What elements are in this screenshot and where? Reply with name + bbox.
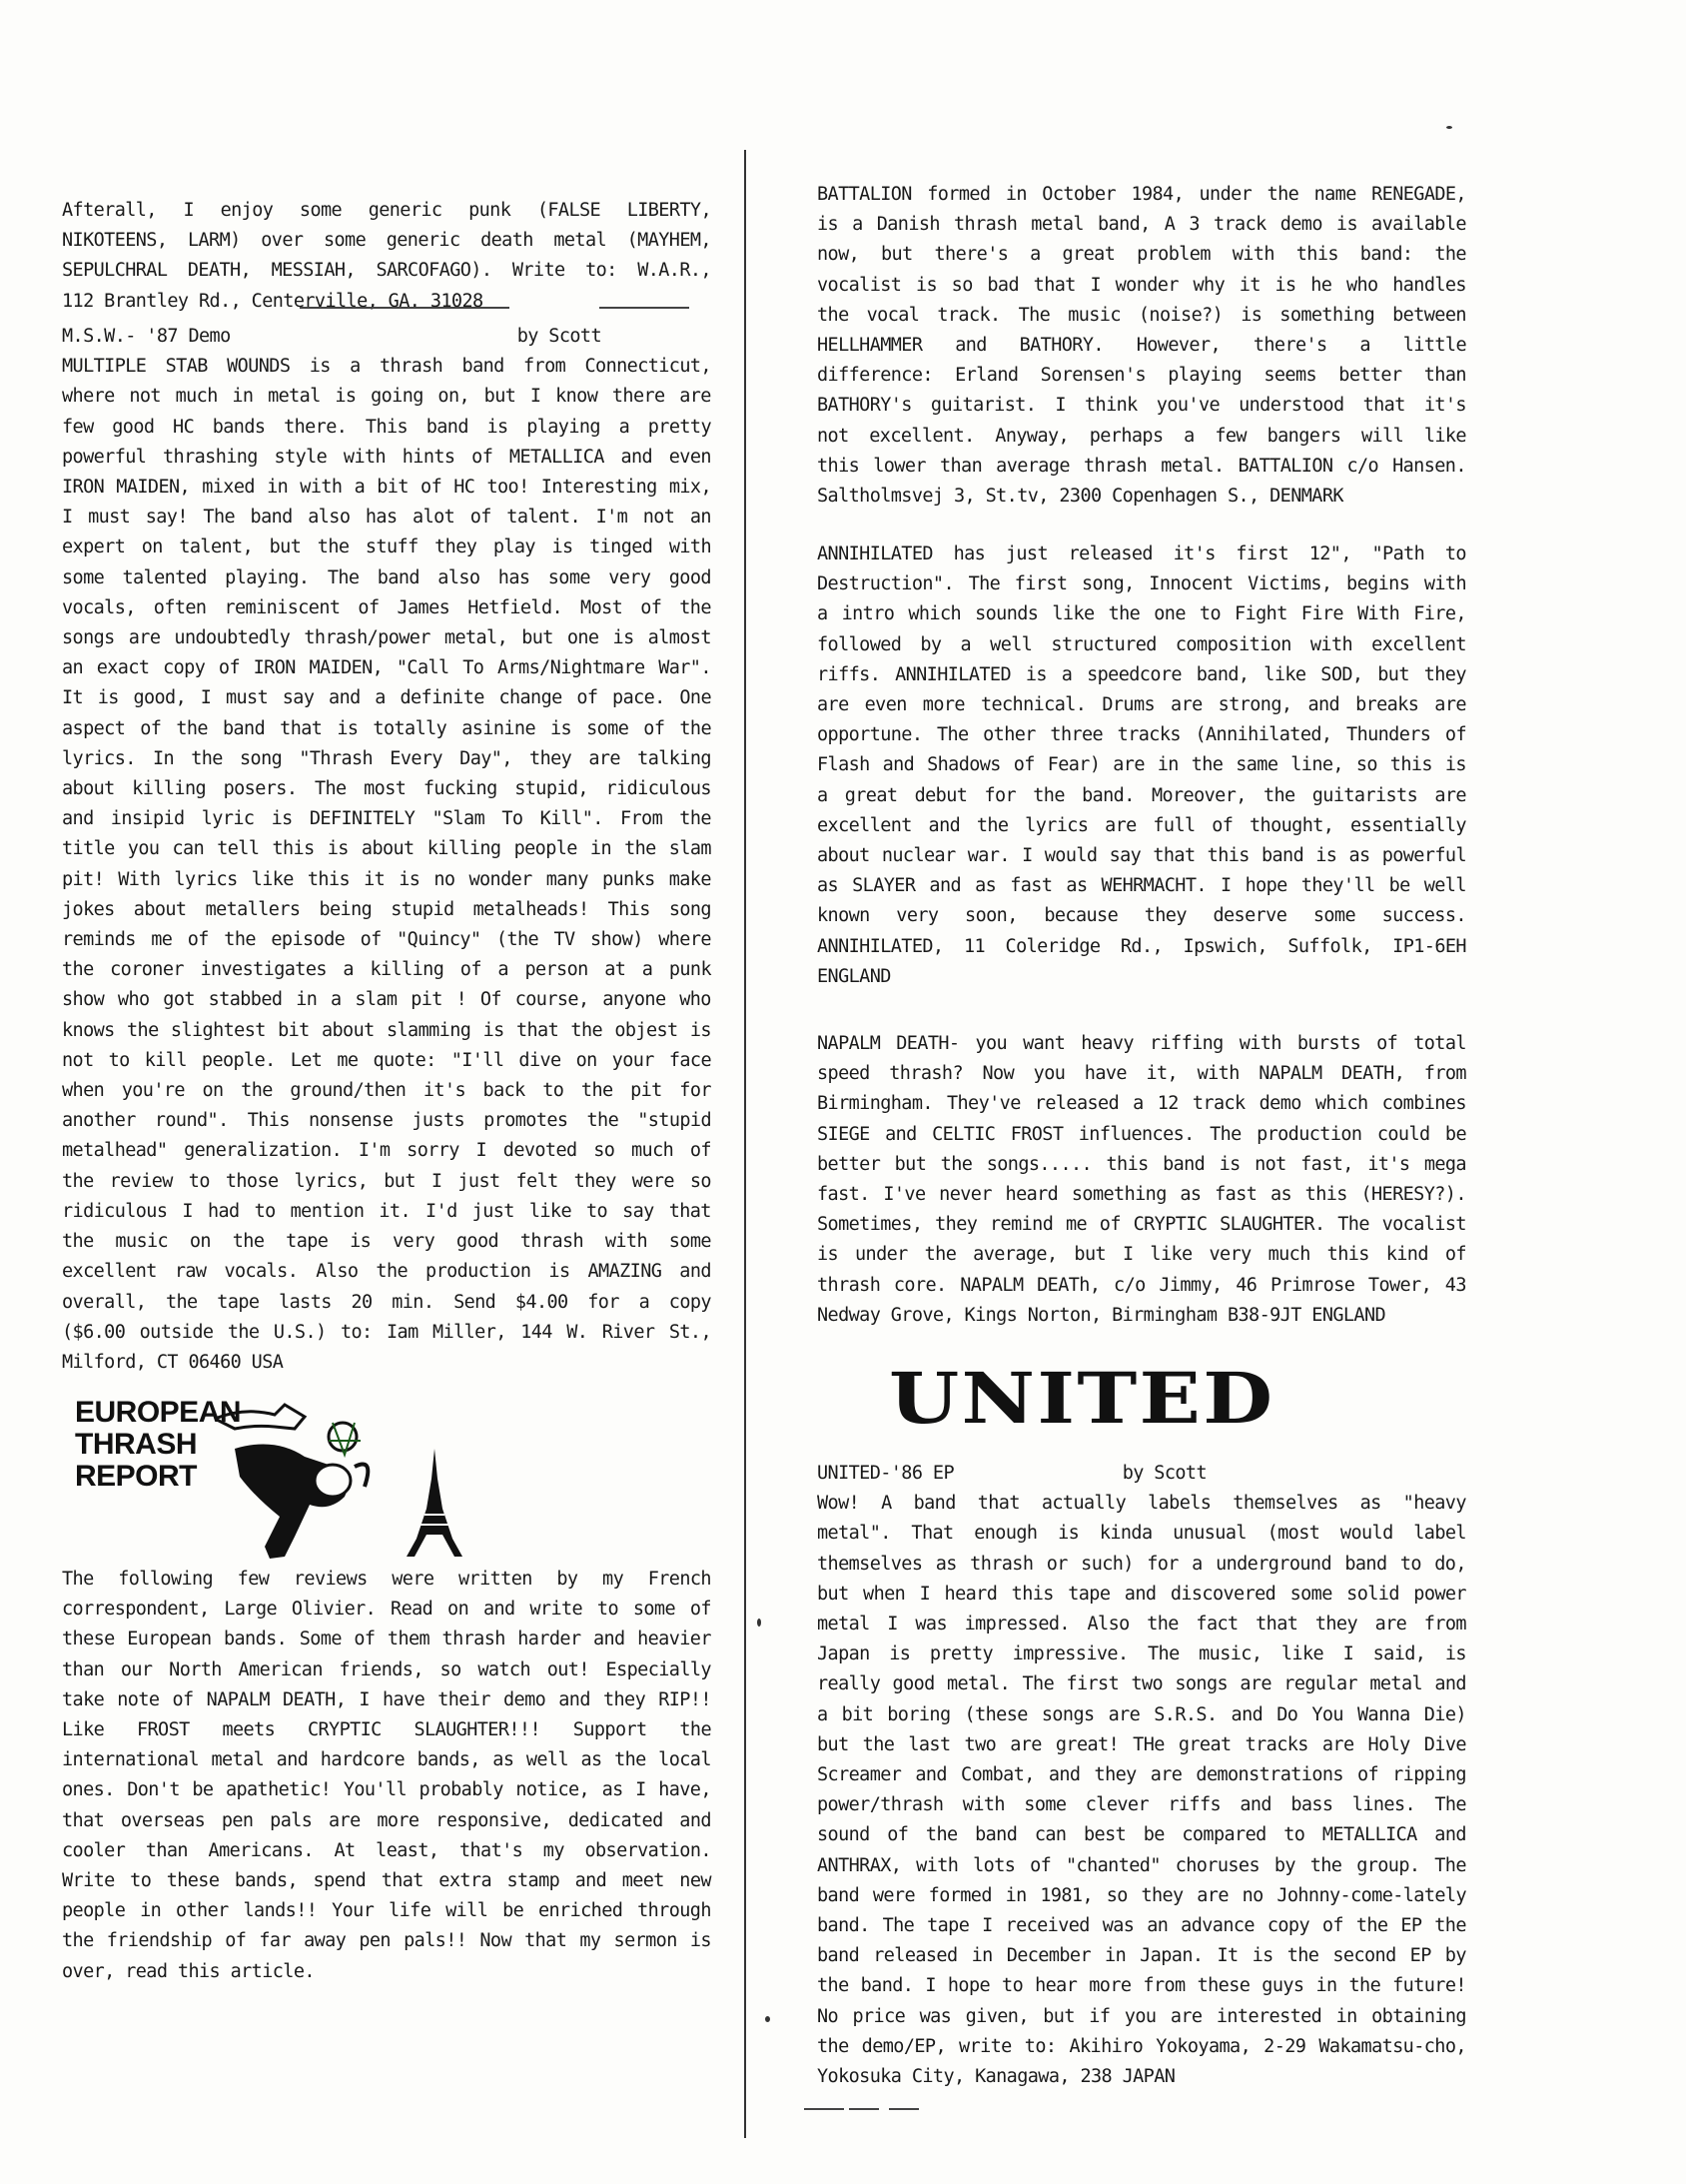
text-line: themselvesasthrashorsuch)foraunderground… [817,1550,1466,1580]
text-line: fewgoodHCbandsthere.Thisbandisplayingapr… [62,413,711,443]
text-line: Birmingham.They'vereleaseda12trackdemowh… [817,1089,1466,1119]
text-line: riffs.ANNIHILATEDisaspeedcoreband,likeSO… [817,660,1466,690]
text-line: followedbyawellstructuredcompositionwith… [817,630,1466,660]
text-line: notexcellent.Anyway,perhapsafewbangerswi… [817,422,1466,452]
text-line: expertontalent,butthestufftheyplayisting… [62,533,711,562]
text-line: areevenmoretechnical.Drumsarestrong,andb… [817,690,1466,720]
footer-decoration [849,2108,879,2110]
text-line: Writetothesebands,spendthatextrastampand… [62,1866,711,1896]
text-line: Nopricewasgiven,butifyouareinterestedino… [817,2002,1466,2032]
text-line: showwhogotstabbedinaslampit!Ofcourse,any… [62,985,711,1015]
text-line: internationalmetalandhardcorebands,aswel… [62,1745,711,1775]
text-line: andinsipidlyricisDEFINITELY"SlamToKill".… [62,804,711,834]
text-line: powerfulthrashingstylewithhintsofMETALLI… [62,443,711,473]
review-title: UNITED-'86 EP [817,1459,954,1489]
text-line: difference:ErlandSorensen'splayingseemsb… [817,361,1466,391]
text-line: sometalentedplaying.Thebandalsohassomeve… [62,563,711,593]
text-line: Yokosuka City, Kanagawa, 238 JAPAN [817,2062,1466,2092]
text-line: fast.I'veneverheardsomethingasfastasthis… [817,1180,1466,1210]
text-line: aintrowhichsoundsliketheonetoFightFireWi… [817,599,1466,629]
text-line: Nedway Grove, Kings Norton, Birmingham B… [817,1301,1466,1331]
text-line: reallygoodmetal.Thefirsttwosongsareregul… [817,1669,1466,1699]
text-line: SEPULCHRALDEATH,MESSIAH,SARCOFAGO).Write… [62,256,711,286]
napalm-death-review: NAPALMDEATH-youwantheavyriffingwithburst… [817,1029,1466,1331]
text-line: FlashandShadowsofFear)areinthesameline,s… [817,750,1466,780]
text-line: ENGLAND [817,962,1466,992]
review-author: by Scott [517,322,601,352]
eiffel-tower-icon [405,1449,464,1559]
text-line: opportune.Theotherthreetracks(Annihilate… [817,720,1466,750]
text-line: thanourNorthAmericanfriends,sowatchout!E… [62,1655,711,1685]
underline-decoration [599,307,689,309]
review-title: M.S.W.- '87 Demo [62,322,231,352]
text-line: lyrics.Inthesong"ThrashEveryDay",theyare… [62,744,711,774]
text-line: pit!Withlyricslikethisitisnowondermanypu… [62,865,711,895]
battalion-review: BATTALIONformedinOctober1984,underthenam… [817,180,1466,512]
text-line: thedemo/EP,writeto:AkihiroYokoyama,2-29W… [817,2032,1466,2062]
text-line: Saltholmsvej 3, St.tv, 2300 Copenhagen S… [817,482,1466,512]
review-body: MULTIPLESTABWOUNDSisathrashbandfromConne… [62,352,711,1378]
text-line: wherenotmuchinmetalisgoingon,butIknowthe… [62,382,711,412]
underline-decoration [300,307,509,309]
text-line: abitboring(thesesongsareS.R.S.andDoYouWa… [817,1700,1466,1730]
text-line: ($6.00outsidetheU.S.)to:IamMiller,144W.R… [62,1318,711,1348]
text-line: betterbutthesongs.....thisbandisnotfast,… [817,1150,1466,1180]
text-line: takenoteofNAPALMDEATH,Ihavetheirdemoandt… [62,1685,711,1715]
text-line: bandwereformedin1981,sotheyarenoJohnny-c… [817,1881,1466,1911]
annihilated-review: ANNIHILATEDhasjustreleasedit'sfirst12","… [817,540,1466,992]
text-line: power/thrashwithsomecleverriffsandbassli… [817,1790,1466,1820]
text-line: Japanisprettyimpressive.Themusic,likeIsa… [817,1639,1466,1669]
text-line: over, read this article. [62,1957,711,1987]
text-line: MULTIPLESTABWOUNDSisathrashbandfromConne… [62,352,711,382]
text-line: aspectofthebandthatistotallyasinineissom… [62,714,711,744]
etr-intro-paragraph: ThefollowingfewreviewswerewrittenbymyFre… [62,1565,711,1987]
text-line: BATHORY'sguitarist.Ithinkyou'veunderstoo… [817,391,1466,421]
text-line: Wow!Abandthatactuallylabelsthemselvesas"… [817,1489,1466,1519]
text-line: coolerthanAmericans.Atleast,that'smyobse… [62,1836,711,1866]
text-line: knowstheslightestbitaboutslammingisthatt… [62,1016,711,1046]
review-heading: M.S.W.- '87 Demo by Scott [62,322,711,352]
text-line: anexactcopyofIRONMAIDEN,"CallToArms/Nigh… [62,653,711,683]
text-line: NAPALMDEATH-youwantheavyriffingwithburst… [817,1029,1466,1059]
text-line: now,butthere'sagreatproblemwiththisband:… [817,240,1466,270]
text-line: thecoronerinvestigatesakillingofapersona… [62,955,711,985]
text-line: excellentandthelyricsarefullofthought,es… [817,811,1466,841]
text-line: correspondent,LargeOlivier.Readonandwrit… [62,1595,711,1625]
mark [1446,126,1452,129]
column-divider [744,150,746,2138]
text-line: butthelasttwoaregreat!THegreattracksareH… [817,1730,1466,1760]
united-review: UNITED-'86 EP by Scott Wow!Abandthatactu… [817,1459,1466,2092]
text-line: vocalistissobadthatIwonderwhyitishewhoha… [817,271,1466,301]
mark [765,2016,770,2022]
text-line: aboutnuclearwar.Iwouldsaythatthisbandisa… [817,841,1466,871]
intro-paragraph: Afterall,Ienjoysomegenericpunk(FALSELIBE… [62,196,711,317]
text-line: Destruction".Thefirstsong,InnocentVictim… [817,569,1466,599]
text-line: titleyoucantellthisisaboutkillingpeoplei… [62,834,711,864]
text-line: vocals,oftenreminiscentofJamesHetfield.M… [62,593,711,623]
text-line: knownverysoon,becausetheydeservesomesucc… [817,901,1466,931]
text-line: band.ThetapeIreceivedwasanadvancecopyoft… [817,1911,1466,1941]
text-line: IRONMAIDEN,mixedinwithabitofHCtoo!Intere… [62,473,711,503]
text-line: soundofthebandcanbestbecomparedtoMETALLI… [817,1820,1466,1850]
thrasher-figure-icon [215,1397,434,1567]
text-line: ridiculousIhadtomentionit.I'djustliketos… [62,1197,711,1227]
text-line: Imustsay!Thebandalsohasalotoftalent.I'mn… [62,503,711,533]
text-line: Afterall,Ienjoysomegenericpunk(FALSELIBE… [62,196,711,226]
text-line: Sometimes,theyremindmeofCRYPTICSLAUGHTER… [817,1210,1466,1240]
text-line: thereviewtothoselyrics,butIjustfelttheyw… [62,1167,711,1197]
text-line: remindsmeoftheepisodeof"Quincy"(theTVsho… [62,925,711,955]
text-line: LikeFROSTmeetsCRYPTICSLAUGHTER!!!Support… [62,1715,711,1745]
text-line: aboutkillingposers.Themostfuckingstupid,… [62,774,711,804]
text-line: peopleinotherlands!!Yourlifewillbeenrich… [62,1896,711,1926]
text-line: thrashcore.NAPALMDEATh,c/oJimmy,46Primro… [817,1271,1466,1301]
text-line: whenyou'reontheground/thenit'sbacktothep… [62,1076,711,1106]
text-line: anotherround".Thisnonsensejustspromotest… [62,1106,711,1136]
footer-decoration [889,2108,919,2110]
text-line: thatoverseaspenpalsaremoreresponsive,ded… [62,1806,711,1836]
text-line: overall,thetapelasts20min.Send$4.00forac… [62,1288,711,1318]
text-line: NIKOTEENS,LARM)oversomegenericdeathmetal… [62,226,711,256]
mark [757,1619,761,1627]
text-line: jokesaboutmetallersbeingstupidmetalheads… [62,895,711,925]
text-line: 112 Brantley Rd., Centerville, GA. 31028 [62,287,711,317]
text-line: ANNIHILATED,11ColeridgeRd.,Ipswich,Suffo… [817,932,1466,962]
text-line: butwhenIheardthistapeanddiscoveredsomeso… [817,1580,1466,1610]
text-line: agreatdebutfortheband.Moreover,theguitar… [817,781,1466,811]
text-line: thislowerthanaveragethrashmetal.BATTALIO… [817,452,1466,482]
text-line: speedthrash?Nowyouhaveit,withNAPALMDEATH… [817,1059,1466,1089]
text-line: themusiconthetapeisverygoodthrashwithsom… [62,1227,711,1257]
text-line: ones.Don'tbeapathetic!You'llprobablynoti… [62,1775,711,1805]
msw-review: M.S.W.- '87 Demo by Scott MULTIPLESTABWO… [62,322,711,1378]
text-line: asSLAYERandasfastasWEHRMACHT.Ihopethey'l… [817,871,1466,901]
text-line: SIEGEandCELTICFROSTinfluences.Theproduct… [817,1120,1466,1150]
text-line: Itisgood,Imustsayandadefinitechangeofpac… [62,683,711,713]
text-line: ThefollowingfewreviewswerewrittenbymyFre… [62,1565,711,1595]
text-line: thevocaltrack.Themusic(noise?)issomethin… [817,301,1466,331]
text-line: metalIwasimpressed.Alsothefactthattheyar… [817,1610,1466,1639]
text-line: isaDanishthrashmetalband,A3trackdemoisav… [817,210,1466,240]
text-line: metal".Thatenoughiskindaunusual(mostwoul… [817,1519,1466,1549]
text-line: songsareundoubtedlythrash/powermetal,but… [62,623,711,653]
text-line: nottokillpeople.Letmequote:"I'lldiveonyo… [62,1046,711,1076]
text-line: metalhead"generalization.I'msorryIdevote… [62,1136,711,1166]
united-logo: UNITED [889,1357,1274,1440]
text-line: ANTHRAX,withlotsof"chanted"chorusesbythe… [817,1851,1466,1881]
text-line: BATTALIONformedinOctober1984,underthenam… [817,180,1466,210]
text-line: bandreleasedinDecemberinJapan.Itisthesec… [817,1941,1466,1971]
text-line: thefriendshipoffarawaypenpals!!Nowthatmy… [62,1926,711,1956]
text-line: ScreamerandCombat,andtheyaredemonstratio… [817,1760,1466,1790]
text-line: HELLHAMMERandBATHORY.However,there'salit… [817,331,1466,361]
text-line: ANNIHILATEDhasjustreleasedit'sfirst12","… [817,540,1466,569]
footer-decoration [804,2108,844,2110]
text-line: Milford, CT 06460 USA [62,1348,711,1378]
text-line: excellentrawvocals.AlsotheproductionisAM… [62,1257,711,1287]
text-line: theband.Ihopetohearmorefromtheseguysinth… [817,1971,1466,2001]
review-body: Wow!Abandthatactuallylabelsthemselvesas"… [817,1489,1466,2092]
review-heading: UNITED-'86 EP by Scott [817,1459,1466,1489]
review-author: by Scott [1123,1459,1207,1489]
text-line: isundertheaverage,butIlikeverymuchthiski… [817,1240,1466,1270]
text-line: theseEuropeanbands.Someofthemthrashharde… [62,1625,711,1654]
european-thrash-report-logo: EUROPEAN THRASH REPORT [75,1397,434,1567]
